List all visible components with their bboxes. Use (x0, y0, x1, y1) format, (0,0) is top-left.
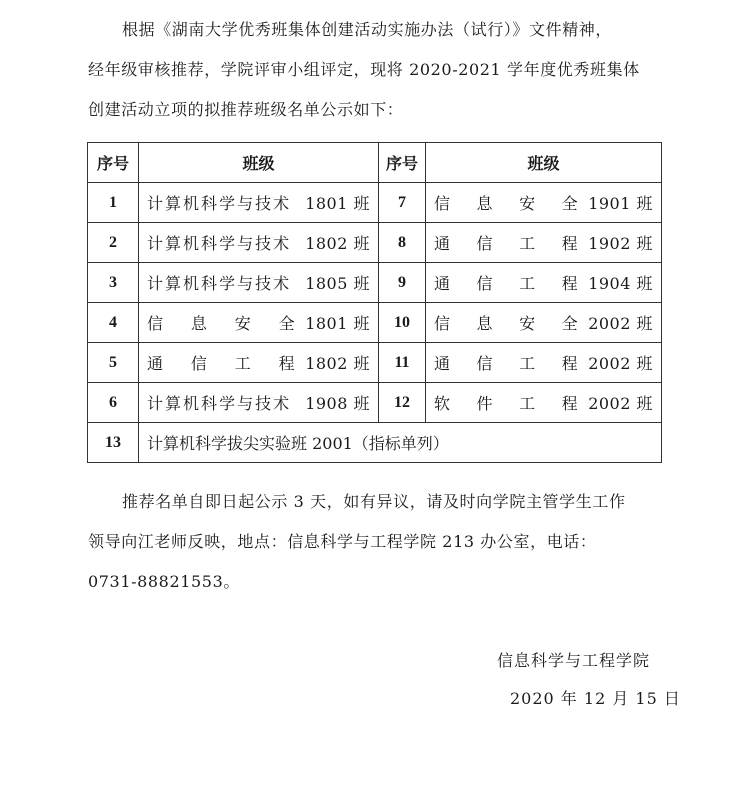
header-no-2: 序号 (379, 143, 426, 183)
table-row-13: 13 计算机科学拔尖实验班 2001（指标单列） (88, 423, 662, 463)
row-no-right: 10 (379, 303, 426, 343)
row-class-left: 计算机科学与技术1908 班 (139, 383, 379, 423)
table-row: 2计算机科学与技术1802 班8通信工程1902 班 (88, 223, 662, 263)
class-code: 2002 班 (588, 391, 653, 414)
class-name: 信息安全 (434, 191, 578, 214)
class-code: 1802 班 (305, 351, 370, 374)
row-class-right: 通信工程1904 班 (426, 263, 662, 303)
row-no-right: 11 (379, 343, 426, 383)
class-name: 通信工程 (434, 351, 578, 374)
row-class-left: 通信工程1802 班 (139, 343, 379, 383)
table-row: 5通信工程1802 班11通信工程2002 班 (88, 343, 662, 383)
class-name: 软件工程 (434, 391, 578, 414)
intro-paragraph: 根据《湖南大学优秀班集体创建活动实施办法（试行）》文件精神， 经年级审核推荐，学… (88, 10, 668, 130)
class-name: 通信工程 (434, 231, 578, 254)
class-code: 2002 班 (588, 311, 653, 334)
row-no-right: 7 (379, 183, 426, 223)
row-class-left: 计算机科学与技术1802 班 (139, 223, 379, 263)
row-no-left: 3 (88, 263, 139, 303)
class-code: 2002 班 (588, 351, 653, 374)
notice-line-1: 推荐名单自即日起公示 3 天，如有异议，请及时向学院主管学生工作 (88, 482, 668, 522)
row-no-left: 2 (88, 223, 139, 263)
notice-paragraph: 推荐名单自即日起公示 3 天，如有异议，请及时向学院主管学生工作 领导向江老师反… (88, 482, 668, 602)
row-class-right: 信息安全2002 班 (426, 303, 662, 343)
class-name: 信息安全 (434, 311, 578, 334)
intro-line-2: 经年级审核推荐，学院评审小组评定，现将 2020-2021 学年度优秀班集体 (88, 50, 668, 90)
row-no-right: 8 (379, 223, 426, 263)
class-name: 通信工程 (147, 351, 295, 374)
row-no: 13 (88, 423, 139, 463)
table-row: 4信息安全1801 班10信息安全2002 班 (88, 303, 662, 343)
row-no-right: 12 (379, 383, 426, 423)
row-no-left: 1 (88, 183, 139, 223)
class-name: 信息安全 (147, 311, 295, 334)
table-row: 3计算机科学与技术1805 班9通信工程1904 班 (88, 263, 662, 303)
row-class-left: 计算机科学与技术1801 班 (139, 183, 379, 223)
class-code: 1908 班 (305, 391, 370, 414)
class-code: 1902 班 (588, 231, 653, 254)
class-name: 计算机科学与技术 (147, 191, 295, 214)
row-class-right: 信息安全1901 班 (426, 183, 662, 223)
row-class-right: 软件工程2002 班 (426, 383, 662, 423)
table-header-row: 序号 班级 序号 班级 (88, 143, 662, 183)
row-class-left: 信息安全1801 班 (139, 303, 379, 343)
notice-line-2: 领导向江老师反映，地点：信息科学与工程学院 213 办公室，电话： (88, 522, 668, 562)
table-row: 1计算机科学与技术1801 班7信息安全1901 班 (88, 183, 662, 223)
class-code: 1801 班 (305, 191, 370, 214)
class-code: 1801 班 (305, 311, 370, 334)
class-code: 1805 班 (305, 271, 370, 294)
row-class: 计算机科学拔尖实验班 2001（指标单列） (139, 423, 662, 463)
row-no-right: 9 (379, 263, 426, 303)
class-name: 通信工程 (434, 271, 578, 294)
row-no-left: 4 (88, 303, 139, 343)
class-name: 计算机科学与技术 (147, 231, 295, 254)
header-class-1: 班级 (139, 143, 379, 183)
row-class-right: 通信工程1902 班 (426, 223, 662, 263)
row-class-right: 通信工程2002 班 (426, 343, 662, 383)
header-class-2: 班级 (426, 143, 662, 183)
class-name: 计算机科学与技术 (147, 271, 295, 294)
intro-line-3: 创建活动立项的拟推荐班级名单公示如下： (88, 90, 668, 130)
intro-line-1: 根据《湖南大学优秀班集体创建活动实施办法（试行）》文件精神， (88, 10, 668, 50)
header-no-1: 序号 (88, 143, 139, 183)
class-code: 1904 班 (588, 271, 653, 294)
class-code: 1802 班 (305, 231, 370, 254)
row-no-left: 5 (88, 343, 139, 383)
table-row: 6计算机科学与技术1908 班12软件工程2002 班 (88, 383, 662, 423)
class-name: 计算机科学与技术 (147, 391, 295, 414)
signature-date: 2020 年 12 月 15 日 (510, 686, 681, 709)
notice-line-3: 0731-88821553。 (88, 562, 668, 602)
class-code: 1901 班 (588, 191, 653, 214)
row-no-left: 6 (88, 383, 139, 423)
row-class-left: 计算机科学与技术1805 班 (139, 263, 379, 303)
class-list-table: 序号 班级 序号 班级 1计算机科学与技术1801 班7信息安全1901 班2计… (87, 142, 662, 463)
signature-org: 信息科学与工程学院 (497, 648, 650, 671)
